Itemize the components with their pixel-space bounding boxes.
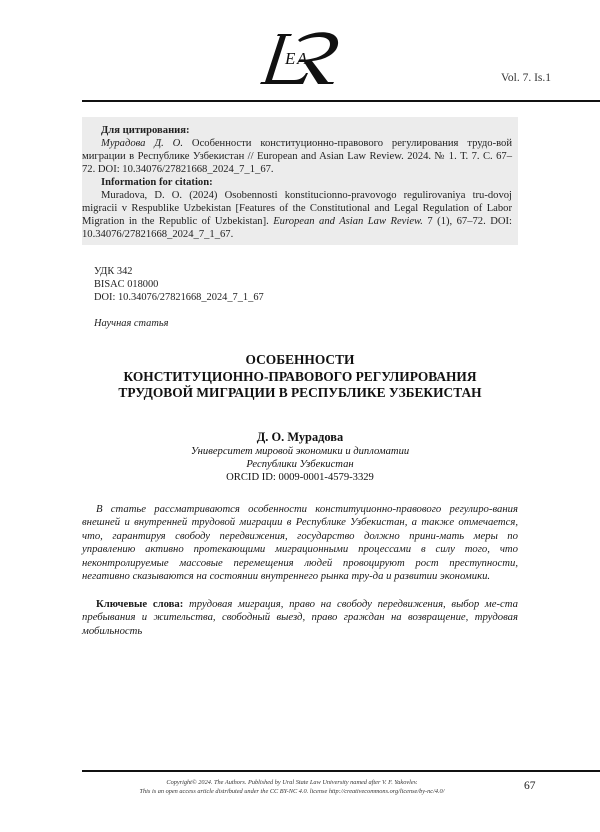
citation-heading-en: Information for citation: bbox=[82, 176, 518, 189]
journal-logo-icon: E A bbox=[258, 30, 342, 88]
udk-code: УДК 342 bbox=[94, 265, 264, 278]
citation-en-journal: European and Asian Law Review. bbox=[273, 216, 423, 227]
footer-divider bbox=[82, 770, 600, 772]
article-title: ОСОБЕННОСТИ КОНСТИТУЦИОННО-ПРАВОВОГО РЕГ… bbox=[82, 352, 518, 402]
svg-text:E: E bbox=[284, 49, 296, 68]
copyright-line: Copyright© 2024. The Authors. Published … bbox=[82, 779, 502, 788]
keywords: Ключевые слова: трудовая миграция, право… bbox=[82, 598, 518, 638]
volume-issue: Vol. 7. Is.1 bbox=[501, 72, 551, 84]
citation-ru-author: Мурадова Д. О. bbox=[101, 138, 183, 149]
doi: DOI: 10.34076/27821668_2024_7_1_67 bbox=[94, 291, 264, 304]
article-type: Научная статья bbox=[94, 318, 168, 329]
keywords-label: Ключевые слова: bbox=[96, 598, 183, 610]
header-divider bbox=[82, 100, 600, 102]
svg-text:A: A bbox=[296, 49, 308, 68]
author-block: Д. О. Мурадова Университет мировой эконо… bbox=[82, 430, 518, 484]
copyright-notice: Copyright© 2024. The Authors. Published … bbox=[82, 779, 502, 796]
citation-ru: Мурадова Д. О. Особенности конституционн… bbox=[82, 137, 518, 176]
article-page: E A Vol. 7. Is.1 Для цитирования: Мурадо… bbox=[0, 0, 600, 832]
citation-box: Для цитирования: Мурадова Д. О. Особенно… bbox=[82, 117, 518, 245]
abstract: В статье рассматриваются особенности кон… bbox=[82, 503, 518, 583]
bisac-code: BISAC 018000 bbox=[94, 278, 264, 291]
author-name: Д. О. Мурадова bbox=[82, 430, 518, 445]
author-orcid: ORCID ID: 0009-0001-4579-3329 bbox=[82, 471, 518, 484]
article-meta: УДК 342 BISAC 018000 DOI: 10.34076/27821… bbox=[94, 265, 264, 304]
title-line: ОСОБЕННОСТИ bbox=[82, 352, 518, 369]
citation-heading-ru: Для цитирования: bbox=[82, 124, 518, 137]
title-line: ТРУДОВОЙ МИГРАЦИИ В РЕСПУБЛИКЕ УЗБЕКИСТА… bbox=[82, 385, 518, 402]
author-affiliation: Университет мировой экономики и дипломат… bbox=[82, 445, 518, 458]
title-line: КОНСТИТУЦИОННО-ПРАВОВОГО РЕГУЛИРОВАНИЯ bbox=[82, 369, 518, 386]
license-line: This is an open access article distribut… bbox=[82, 788, 502, 797]
page-number: 67 bbox=[524, 780, 536, 792]
citation-en: Muradova, D. O. (2024) Osobennosti konst… bbox=[82, 189, 518, 241]
author-affiliation-country: Республики Узбекистан bbox=[82, 458, 518, 471]
